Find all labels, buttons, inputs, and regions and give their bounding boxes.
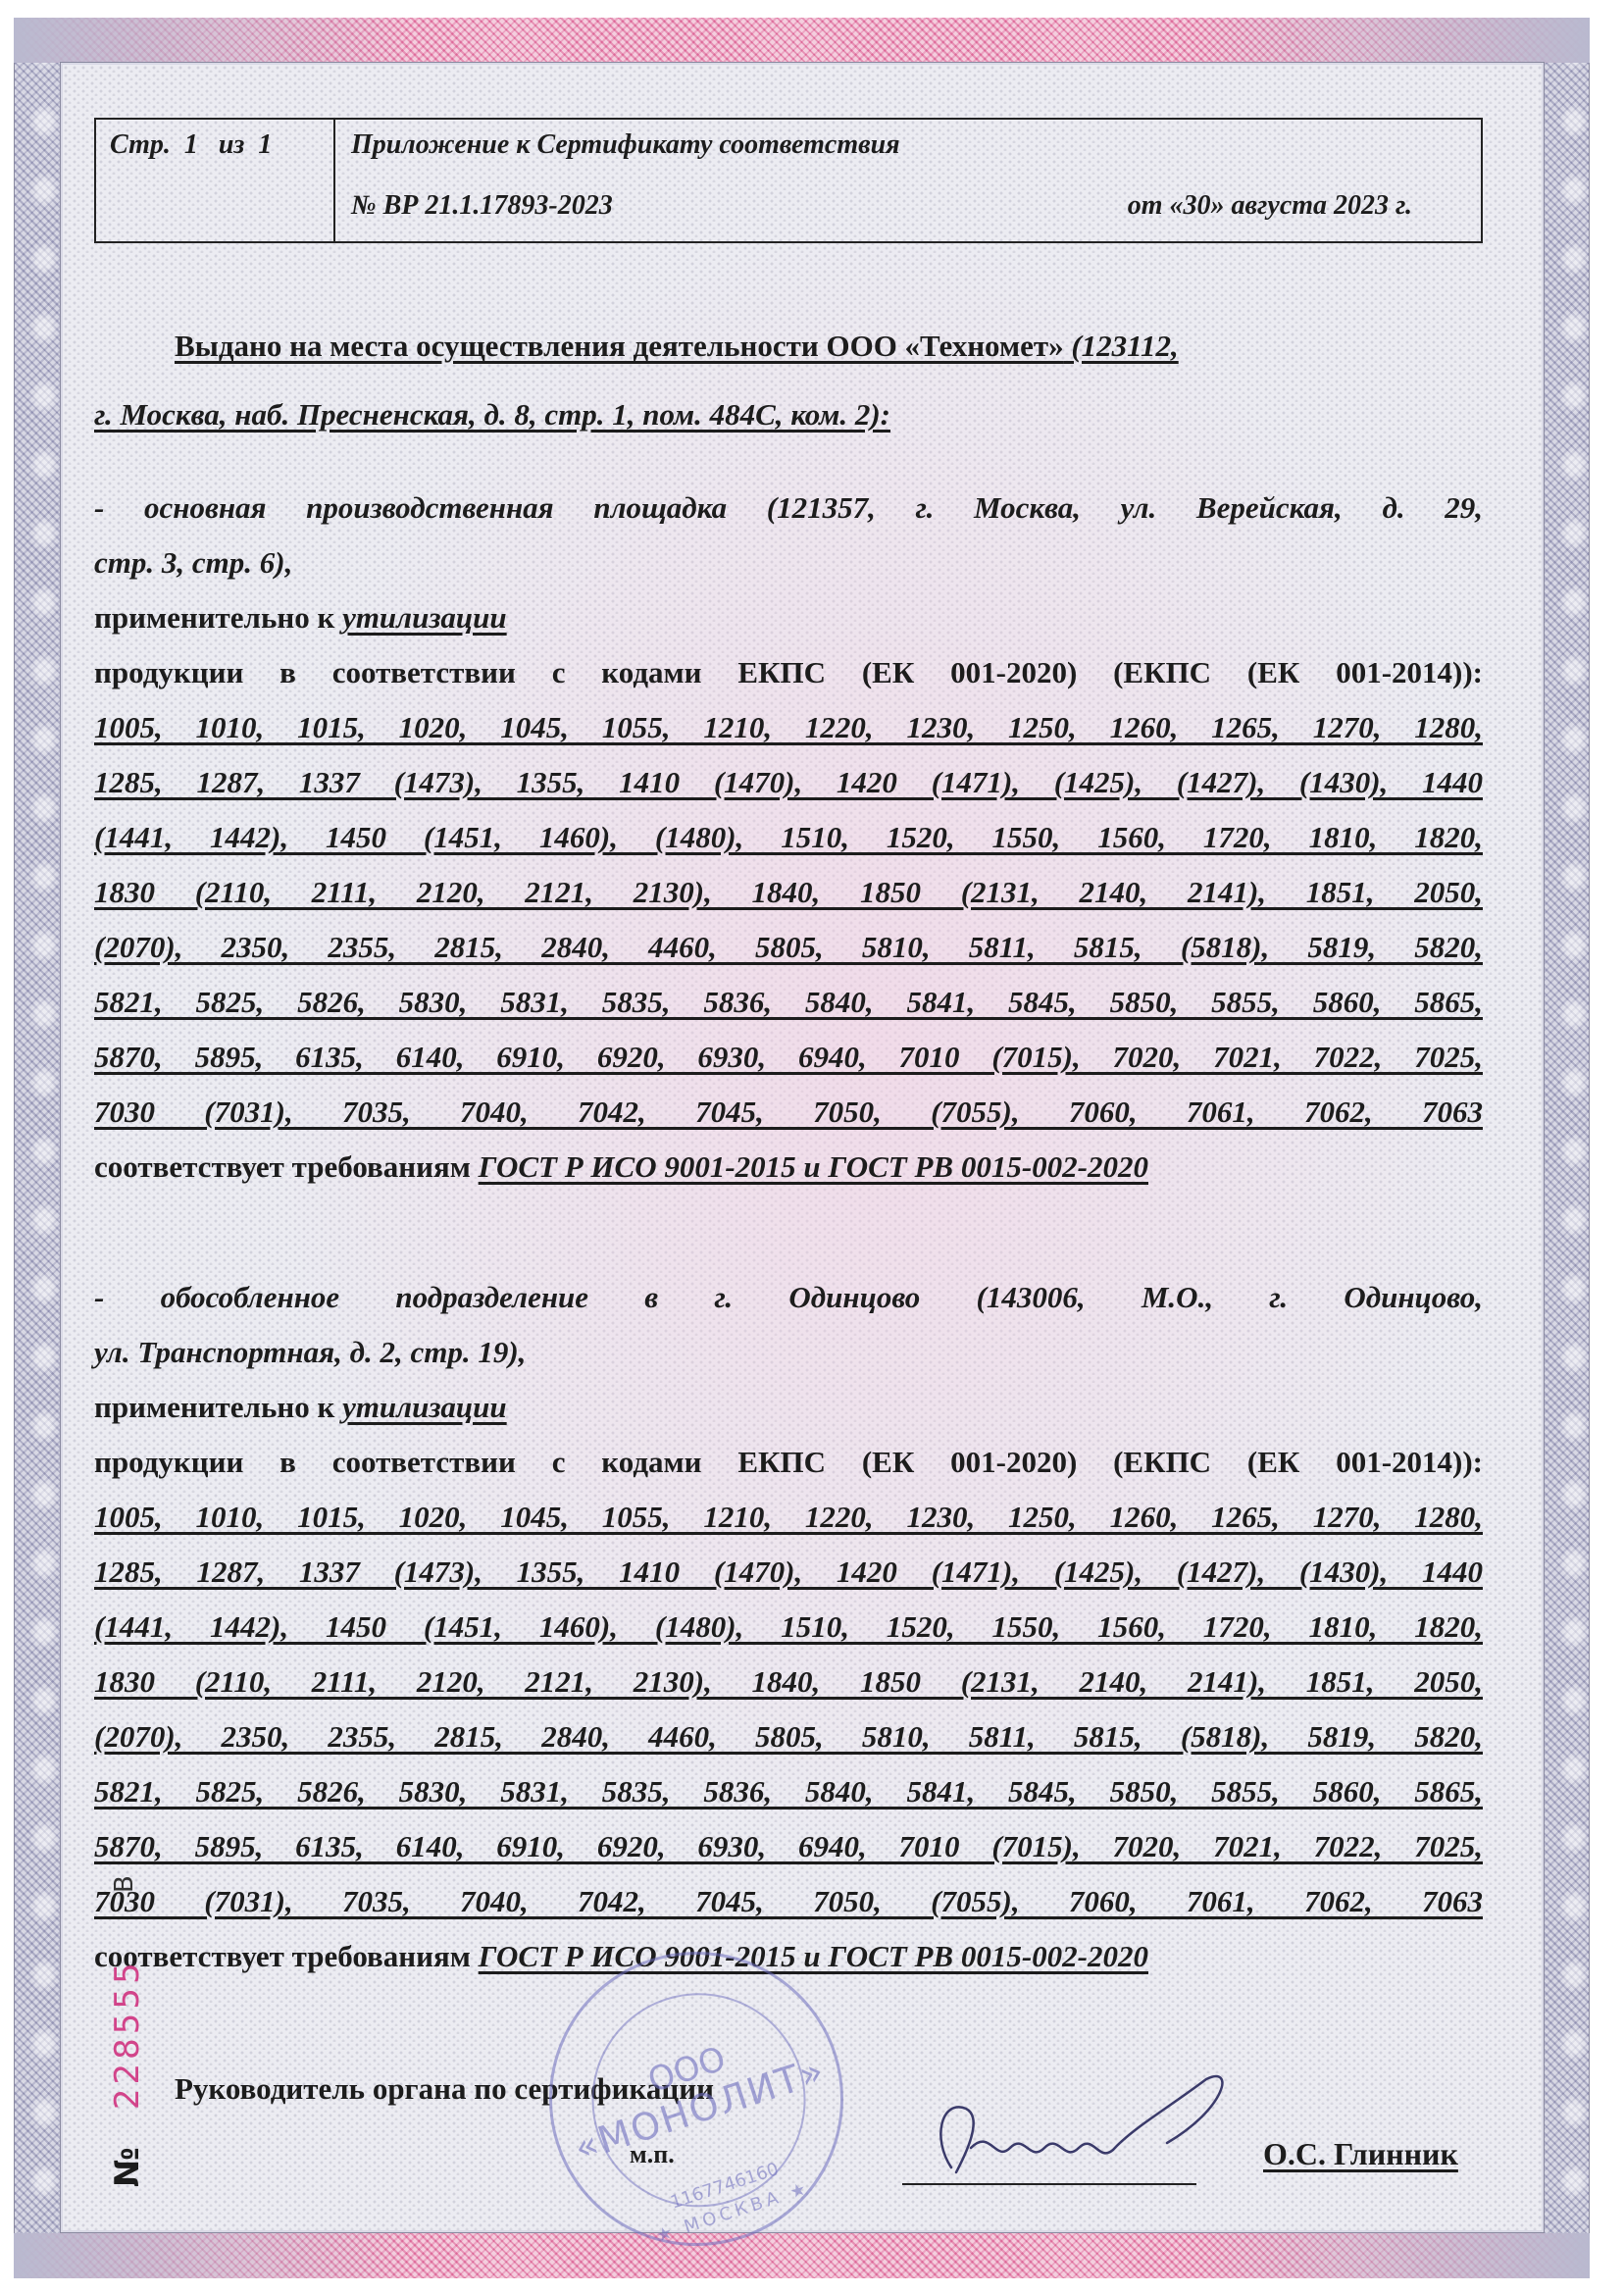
conformity-prefix: соответствует требованиям [94, 1939, 479, 1973]
page-cell: Стр. 1 из 1 [96, 120, 335, 241]
code-list-line: 7030 (7031), 7035, 7040, 7042, 7045, 705… [94, 1093, 1483, 1132]
guilloche-frame-top [14, 18, 1590, 63]
code-list-line: 1005, 1010, 1015, 1020, 1045, 1055, 1210… [94, 708, 1483, 747]
conformity-line: соответствует требованиям ГОСТ Р ИСО 900… [94, 1937, 1483, 1976]
applicable-line: применительно к утилизации [94, 598, 1483, 637]
certificate-number: № ВР 21.1.17893-2023 [351, 190, 613, 222]
code-list: 7030 (7031), 7035, 7040, 7042, 7045, 705… [94, 1884, 1483, 1918]
site-address-cont: ул. Транспортная, д. 2, стр. 19), [94, 1335, 526, 1369]
code-list: 5870, 5895, 6135, 6140, 6910, 6920, 6930… [94, 1829, 1483, 1863]
serial-digits: 228555 [108, 1959, 147, 2110]
site-address-cont: стр. 3, стр. 6), [94, 545, 292, 580]
site-address: - обособленное подразделение в г. Одинцо… [94, 1280, 1483, 1314]
codes-intro: продукции в соответствии с кодами ЕКПС (… [94, 1445, 1483, 1479]
intro-address-start: (123112, [1064, 329, 1179, 363]
applicable-prefix: применительно к [94, 600, 342, 635]
site-address: - основная производственная площадка (12… [94, 490, 1483, 525]
number-sign: № [108, 2143, 147, 2187]
code-list: 1285, 1287, 1337 (1473), 1355, 1410 (147… [94, 765, 1483, 799]
applicable-line: применительно к утилизации [94, 1388, 1483, 1427]
site-address-line: - основная производственная площадка (12… [94, 488, 1483, 528]
code-list: 5870, 5895, 6135, 6140, 6910, 6920, 6930… [94, 1040, 1483, 1074]
applicable-activity: утилизации [342, 1390, 507, 1424]
header-table: Стр. 1 из 1 Приложение к Сертификату соо… [94, 118, 1483, 243]
code-list: (1441, 1442), 1450 (1451, 1460), (1480),… [94, 820, 1483, 854]
code-list-line: 5821, 5825, 5826, 5830, 5831, 5835, 5836… [94, 1772, 1483, 1811]
guilloche-frame-bottom [14, 2233, 1590, 2278]
code-list: 1005, 1010, 1015, 1020, 1045, 1055, 1210… [94, 1500, 1483, 1534]
conformity-standards: ГОСТ Р ИСО 9001-2015 и ГОСТ РВ 0015-002-… [479, 1939, 1148, 1973]
code-list-line: 1830 (2110, 2111, 2120, 2121, 2130), 184… [94, 1662, 1483, 1702]
form-serial-number: №228555 [108, 1959, 147, 2187]
document-title: Приложение к Сертификату соответствия [351, 129, 900, 161]
form-series: В [110, 1875, 139, 1893]
code-list: 5821, 5825, 5826, 5830, 5831, 5835, 5836… [94, 985, 1483, 1019]
code-list: 1005, 1010, 1015, 1020, 1045, 1055, 1210… [94, 710, 1483, 744]
code-list: (2070), 2350, 2355, 2815, 2840, 4460, 58… [94, 930, 1483, 964]
code-list-line: (1441, 1442), 1450 (1451, 1460), (1480),… [94, 1607, 1483, 1647]
codes-intro-line: продукции в соответствии с кодами ЕКПС (… [94, 1443, 1483, 1482]
codes-intro: продукции в соответствии с кодами ЕКПС (… [94, 655, 1483, 689]
handwritten-signature-icon [912, 2069, 1245, 2187]
code-list: 1830 (2110, 2111, 2120, 2121, 2130), 184… [94, 875, 1483, 909]
site-address-line: ул. Транспортная, д. 2, стр. 19), [94, 1333, 1483, 1372]
code-list-line: 1830 (2110, 2111, 2120, 2121, 2130), 184… [94, 873, 1483, 912]
code-list-line: 1005, 1010, 1015, 1020, 1045, 1055, 1210… [94, 1498, 1483, 1537]
signer-name: О.С. Глинник [1263, 2136, 1458, 2172]
code-list: 1830 (2110, 2111, 2120, 2121, 2130), 184… [94, 1664, 1483, 1699]
site-address-line: стр. 3, стр. 6), [94, 543, 1483, 583]
code-list: (2070), 2350, 2355, 2815, 2840, 4460, 58… [94, 1719, 1483, 1754]
site-address-line: - обособленное подразделение в г. Одинцо… [94, 1278, 1483, 1317]
signature-line [902, 2183, 1196, 2185]
code-list-line: (2070), 2350, 2355, 2815, 2840, 4460, 58… [94, 1717, 1483, 1757]
seal-place-label: м.п. [630, 2140, 675, 2169]
code-list: (1441, 1442), 1450 (1451, 1460), (1480),… [94, 1609, 1483, 1644]
conformity-standards: ГОСТ Р ИСО 9001-2015 и ГОСТ РВ 0015-002-… [479, 1149, 1148, 1184]
code-list-line: 5870, 5895, 6135, 6140, 6910, 6920, 6930… [94, 1038, 1483, 1077]
certificate-date: от «30» августа 2023 г. [1128, 190, 1412, 222]
code-list: 5821, 5825, 5826, 5830, 5831, 5835, 5836… [94, 1774, 1483, 1809]
code-list-line: (1441, 1442), 1450 (1451, 1460), (1480),… [94, 818, 1483, 857]
code-list-line: 5821, 5825, 5826, 5830, 5831, 5835, 5836… [94, 983, 1483, 1022]
intro-issued-to: Выдано на места осуществления деятельнос… [175, 329, 1064, 363]
page-counter: Стр. 1 из 1 [110, 129, 272, 161]
code-list-line: 1285, 1287, 1337 (1473), 1355, 1410 (147… [94, 763, 1483, 802]
conformity-line: соответствует требованиям ГОСТ Р ИСО 900… [94, 1147, 1483, 1187]
conformity-prefix: соответствует требованиям [94, 1149, 479, 1184]
codes-intro-line: продукции в соответствии с кодами ЕКПС (… [94, 653, 1483, 692]
code-list: 1285, 1287, 1337 (1473), 1355, 1410 (147… [94, 1555, 1483, 1589]
applicable-prefix: применительно к [94, 1390, 342, 1424]
code-list-line: (2070), 2350, 2355, 2815, 2840, 4460, 58… [94, 928, 1483, 967]
applicable-activity: утилизации [342, 600, 507, 635]
intro-line-2: г. Москва, наб. Пресненская, д. 8, стр. … [94, 395, 1483, 434]
code-list-line: 5870, 5895, 6135, 6140, 6910, 6920, 6930… [94, 1827, 1483, 1866]
code-list-line: 1285, 1287, 1337 (1473), 1355, 1410 (147… [94, 1553, 1483, 1592]
code-list: 7030 (7031), 7035, 7040, 7042, 7045, 705… [94, 1095, 1483, 1129]
intro-address-end: г. Москва, наб. Пресненская, д. 8, стр. … [94, 397, 890, 432]
code-list-line: 7030 (7031), 7035, 7040, 7042, 7045, 705… [94, 1882, 1483, 1921]
intro-line-1: Выдано на места осуществления деятельнос… [94, 327, 1483, 366]
